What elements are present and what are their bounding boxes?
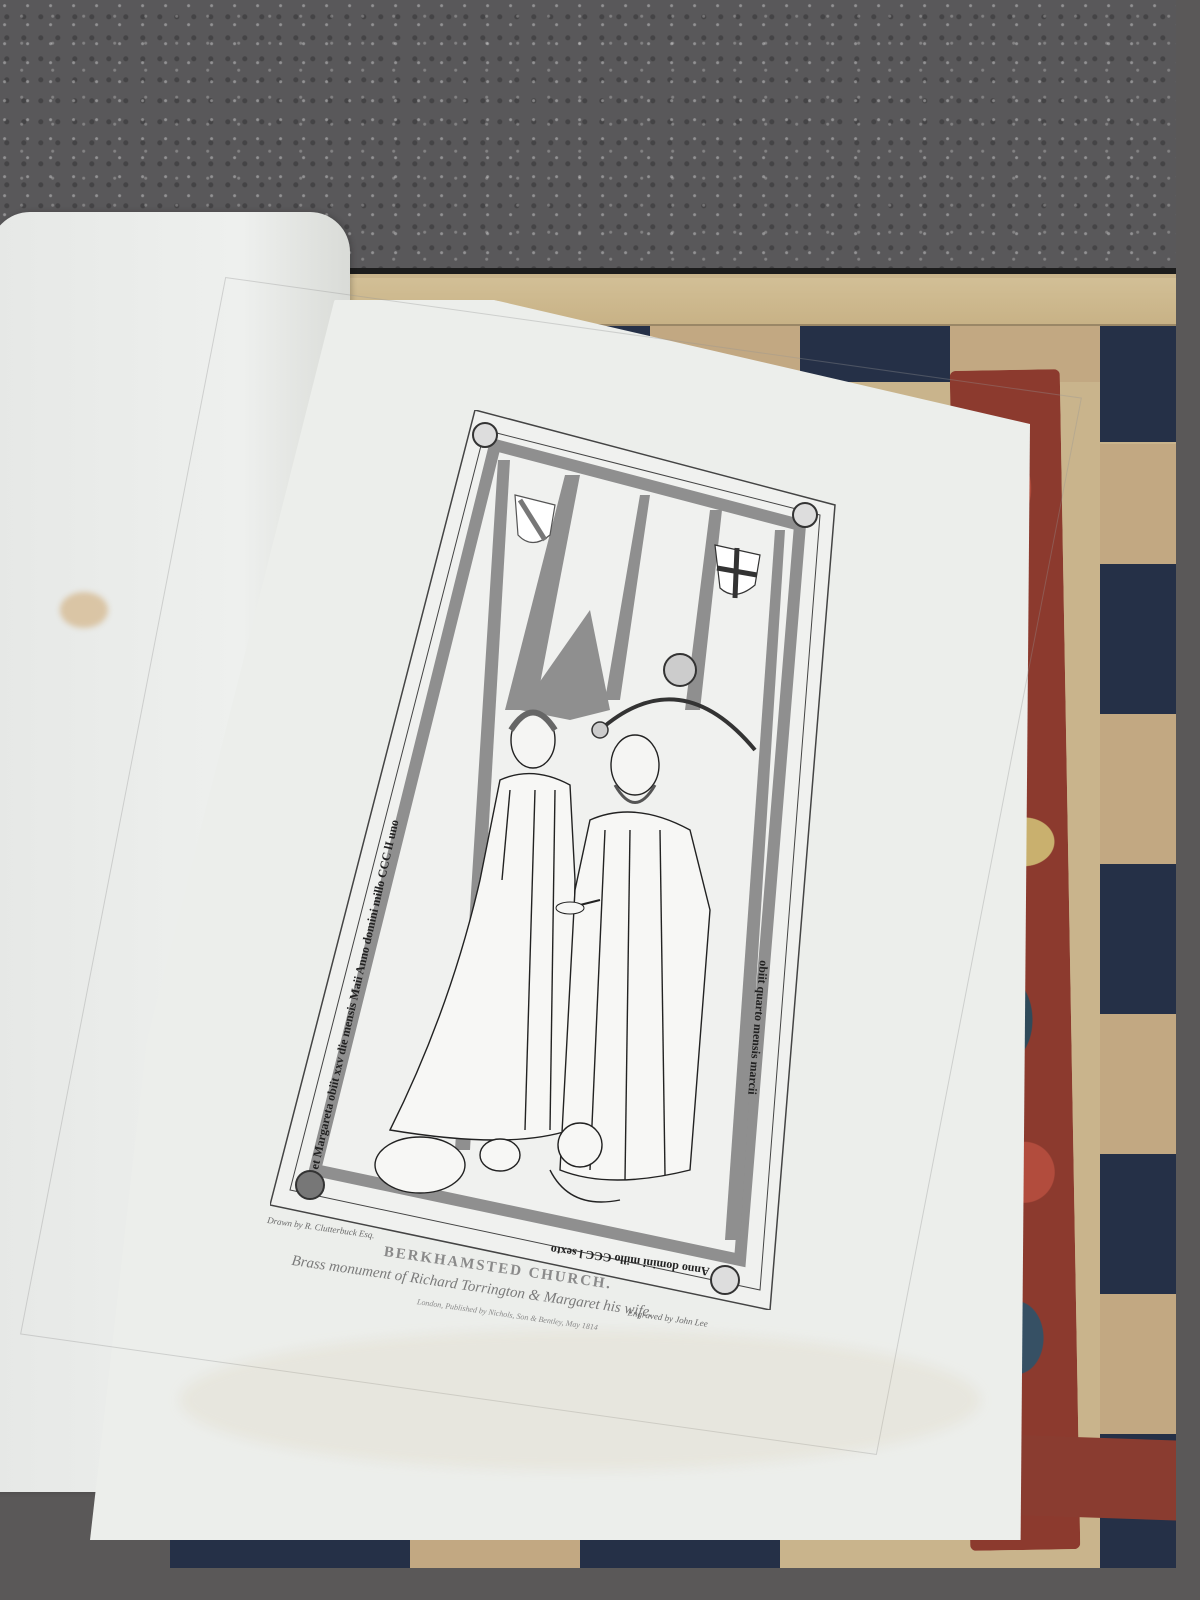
credit-engraved: Engraved by John Lee: [627, 1307, 708, 1328]
brass-monument-engraving: et Margareta obiit xxv die mensis Maii A…: [270, 410, 840, 1310]
foxing-stain: [60, 592, 108, 628]
